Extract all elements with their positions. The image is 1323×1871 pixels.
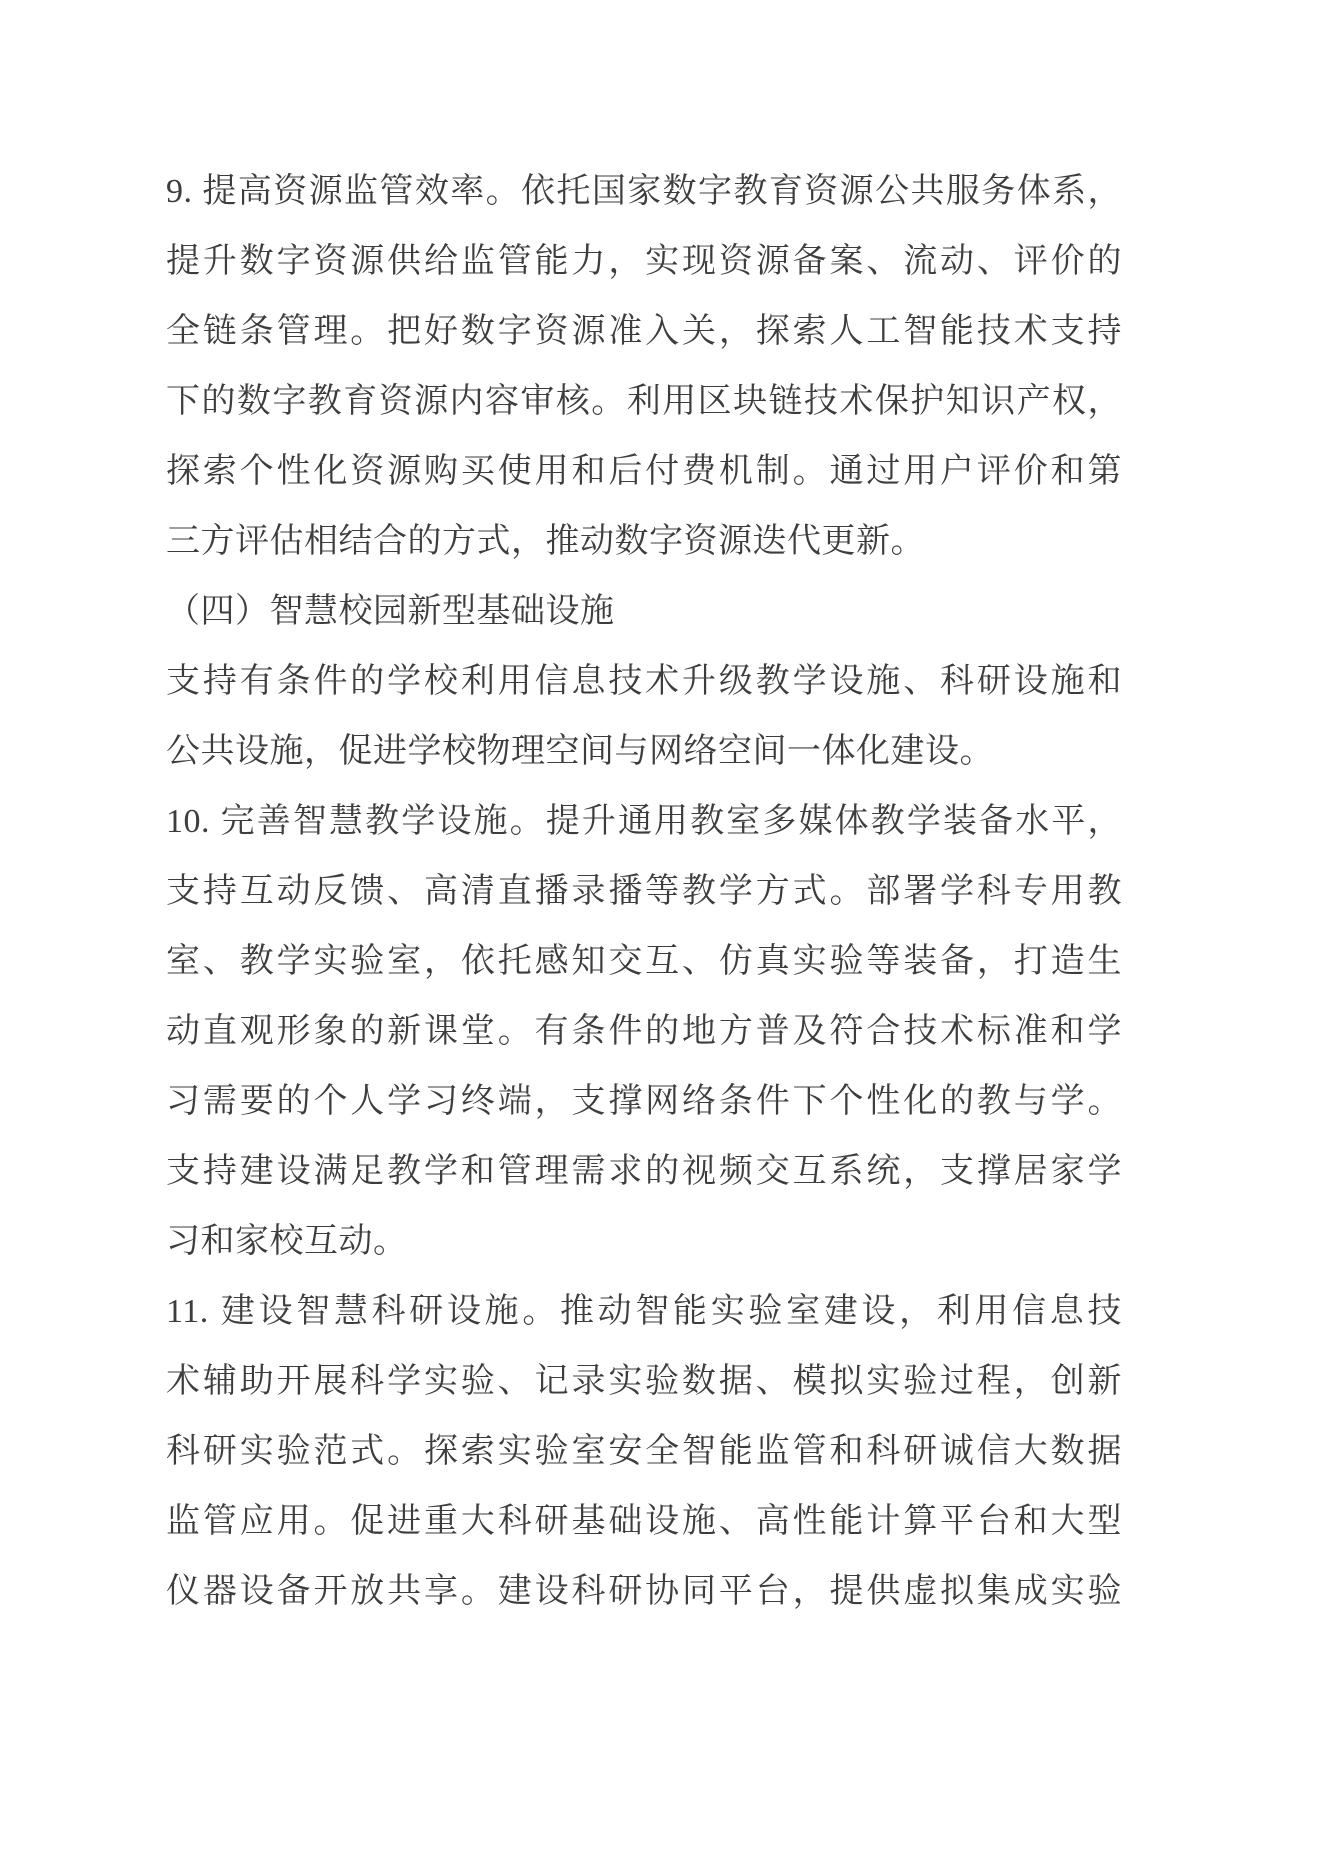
document-line: 动直观形象的新课堂。有条件的地方普及符合技术标准和学 xyxy=(166,997,1122,1067)
section-heading: （四）智慧校园新型基础设施 xyxy=(166,577,1122,647)
document-line: 支持互动反馈、高清直播录播等教学方式。部署学科专用教 xyxy=(166,857,1122,927)
document-line: 下的数字教育资源内容审核。利用区块链技术保护知识产权， xyxy=(166,367,1122,437)
document-line: 室、教学实验室，依托感知交互、仿真实验等装备，打造生 xyxy=(166,927,1122,997)
document-line: 习和家校互动。 xyxy=(166,1207,1122,1277)
document-line: 习需要的个人学习终端，支撑网络条件下个性化的教与学。 xyxy=(166,1067,1122,1137)
document-line: 提升数字资源供给监管能力，实现资源备案、流动、评价的 xyxy=(166,227,1122,297)
document-line: 10. 完善智慧教学设施。提升通用教室多媒体教学装备水平， xyxy=(166,787,1122,857)
document-line: 支持建设满足教学和管理需求的视频交互系统，支撑居家学 xyxy=(166,1137,1122,1207)
document-line: 探索个性化资源购买使用和后付费机制。通过用户评价和第 xyxy=(166,437,1122,507)
document-line: 9. 提高资源监管效率。依托国家数字教育资源公共服务体系， xyxy=(166,157,1122,227)
document-line: 监管应用。促进重大科研基础设施、高性能计算平台和大型 xyxy=(166,1487,1122,1557)
document-line: 11. 建设智慧科研设施。推动智能实验室建设，利用信息技 xyxy=(166,1277,1122,1347)
document-line: 全链条管理。把好数字资源准入关，探索人工智能技术支持 xyxy=(166,297,1122,367)
document-text-block: 9. 提高资源监管效率。依托国家数字教育资源公共服务体系， 提升数字资源供给监管… xyxy=(166,157,1122,1627)
document-line: 三方评估相结合的方式，推动数字资源迭代更新。 xyxy=(166,507,1122,577)
document-line: 科研实验范式。探索实验室安全智能监管和科研诚信大数据 xyxy=(166,1417,1122,1487)
document-line: 公共设施，促进学校物理空间与网络空间一体化建设。 xyxy=(166,717,1122,787)
document-line: 术辅助开展科学实验、记录实验数据、模拟实验过程，创新 xyxy=(166,1347,1122,1417)
document-line: 仪器设备开放共享。建设科研协同平台，提供虚拟集成实验 xyxy=(166,1557,1122,1627)
page-background: { "document": { "section_heading": "（四）智… xyxy=(0,0,1323,1871)
document-page: 9. 提高资源监管效率。依托国家数字教育资源公共服务体系， 提升数字资源供给监管… xyxy=(0,0,1323,1871)
document-line: 支持有条件的学校利用信息技术升级教学设施、科研设施和 xyxy=(166,647,1122,717)
